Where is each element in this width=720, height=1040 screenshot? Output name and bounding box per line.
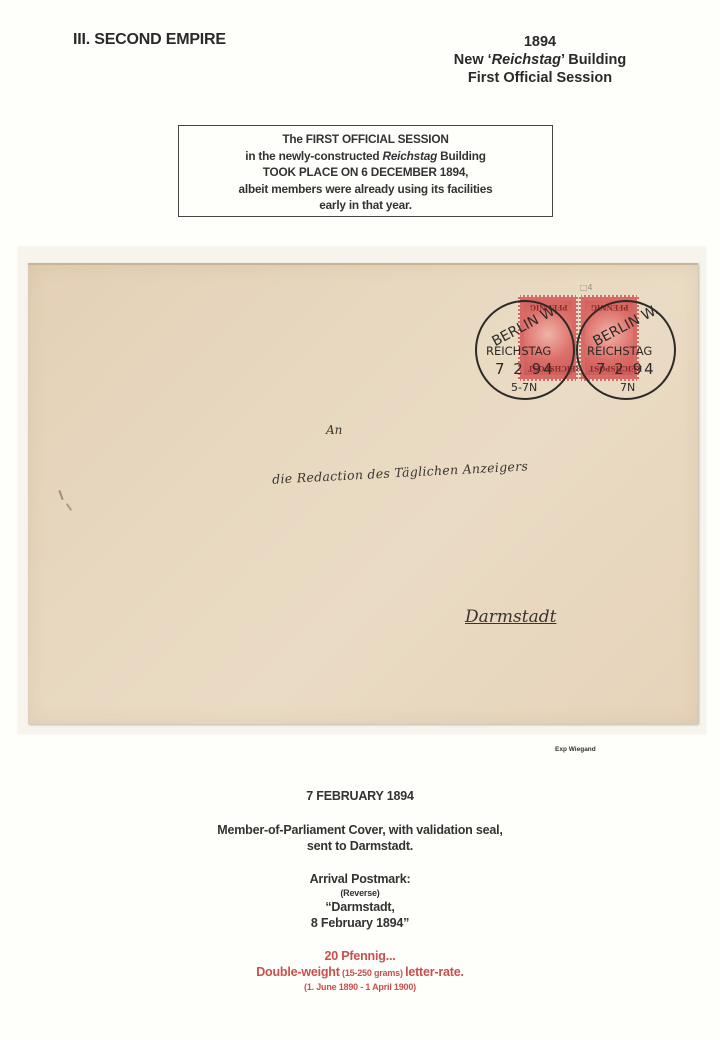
heading-year: 1894: [420, 33, 660, 51]
postmark-1-time: 5-7N: [511, 381, 537, 394]
pencil-mark: □4: [580, 283, 593, 292]
arrival-line-2: 8 February 1894”: [160, 915, 560, 931]
description-line-2: sent to Darmstadt.: [160, 838, 560, 854]
heading-subtitle-line2: First Official Session: [420, 69, 660, 87]
postmark-1: BERLIN W. REICHSTAG 7 2 94 5-7N: [475, 300, 575, 400]
section-title: III. SECOND EMPIRE: [73, 31, 226, 49]
rate-desc-prefix: Double-weight: [256, 965, 340, 979]
page-heading: 1894 New ‘Reichstag’ Building First Offi…: [420, 33, 660, 87]
description-line-1: Member-of-Parliament Cover, with validat…: [160, 822, 560, 838]
speck-mark: [58, 490, 63, 500]
subtitle-prefix: New ‘: [454, 52, 492, 68]
address-line-1: An: [326, 423, 342, 437]
info-line-3: TOOK PLACE ON 6 DECEMBER 1894,: [179, 164, 552, 181]
postmark-2-office: REICHSTAG: [587, 344, 652, 358]
arrival-side: (Reverse): [160, 887, 560, 899]
arrival-postmark: Arrival Postmark: (Reverse) “Darmstadt, …: [160, 871, 560, 931]
address-line-3: Darmstadt: [465, 607, 556, 627]
rate-period: (1. June 1890 - 1 April 1900): [160, 981, 560, 994]
info-line-2-italic: Reichstag: [383, 149, 438, 163]
info-line-5: early in that year.: [179, 197, 552, 214]
rate-description: Double-weight (15-250 grams) letter-rate…: [160, 964, 560, 981]
subtitle-italic: Reichstag: [492, 52, 561, 68]
arrival-label: Arrival Postmark:: [160, 871, 560, 887]
info-line-2-suffix: Building: [437, 149, 486, 163]
postmark-2-city: BERLIN W.: [590, 302, 661, 350]
rate-desc-weight: (15-250 grams): [340, 968, 405, 978]
heading-subtitle: New ‘Reichstag’ Building: [420, 51, 660, 69]
postmark-1-office: REICHSTAG: [486, 344, 551, 358]
cover-envelope: □4 PFENNIG REICHSPOST PFENNIG REICHSPOST…: [28, 263, 698, 724]
postmark-2-date: 7 2 94: [596, 360, 656, 378]
info-box: The FIRST OFFICIAL SESSION in the newly-…: [178, 125, 553, 217]
exhibitor-label: Exp Wiegand: [555, 746, 596, 753]
info-line-4: albeit members were already using its fa…: [179, 181, 552, 198]
rate-amount: 20 Pfennig...: [160, 948, 560, 964]
speck-mark: [66, 503, 72, 511]
arrival-line-1: “Darmstadt,: [160, 899, 560, 915]
postmark-2: BERLIN W. REICHSTAG 7 2 94 7N: [576, 300, 676, 400]
info-line-2-prefix: in the newly-constructed: [245, 149, 382, 163]
info-line-2: in the newly-constructed Reichstag Build…: [179, 148, 552, 165]
cover-description: Member-of-Parliament Cover, with validat…: [160, 822, 560, 854]
postmark-1-city: BERLIN W.: [489, 302, 560, 350]
postage-rate: 20 Pfennig... Double-weight (15-250 gram…: [160, 948, 560, 994]
cover-date: 7 FEBRUARY 1894: [160, 789, 560, 803]
info-line-1: The FIRST OFFICIAL SESSION: [179, 131, 552, 148]
postmark-2-time: 7N: [620, 381, 635, 394]
address-line-2: die Redaction des Täglichen Anzeigers: [272, 458, 529, 486]
rate-desc-suffix: letter-rate.: [405, 965, 464, 979]
postmark-1-date: 7 2 94: [495, 360, 555, 378]
subtitle-suffix: ’ Building: [561, 52, 626, 68]
